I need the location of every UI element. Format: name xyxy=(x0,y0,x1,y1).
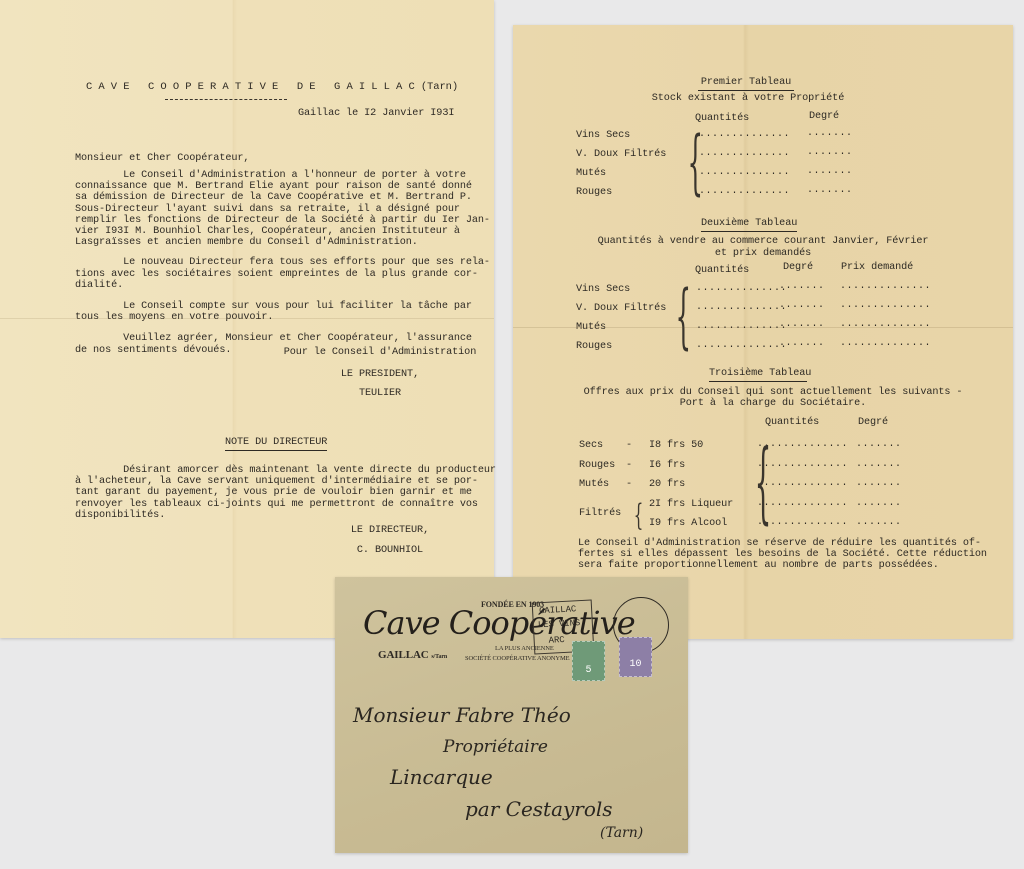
letter-paragraph-line: dialité. xyxy=(75,280,123,292)
table2-subtitle-2: et prix demandés xyxy=(583,248,943,260)
table1-brace: { xyxy=(687,124,703,200)
table1-quantity-blank: .............. xyxy=(699,186,790,197)
table1-quantity-blank: .............. xyxy=(699,167,790,178)
address-title: Propriétaire xyxy=(443,737,548,757)
table2-price-blank: .............. xyxy=(840,338,931,349)
envelope-town: GAILLAC s/Tarn xyxy=(378,649,447,663)
filtres-brace: { xyxy=(634,500,644,532)
table2-quantity-blank: .............. xyxy=(696,302,787,313)
address-via: par Cestayrols xyxy=(465,797,613,821)
director-name: C. BOUNHIOL xyxy=(320,545,460,557)
letter-paragraph-line: de nos sentiments dévoués. xyxy=(75,345,231,357)
table1-degree-blank: ....... xyxy=(807,185,853,196)
stamp-5-centimes: 5 xyxy=(572,641,605,681)
table3-degree-blank: ....... xyxy=(856,517,902,528)
footer-line: sera faite proportionnellement au nombre… xyxy=(578,560,939,572)
table1-col-degre: Degré xyxy=(809,111,839,123)
table3-dash: - xyxy=(626,479,632,491)
table3-row-price: 2I frs Liqueur xyxy=(649,499,733,511)
signoff-council: Pour le Conseil d'Administration xyxy=(275,347,485,359)
table3-row-label: Secs xyxy=(579,440,603,452)
form-page: Premier Tableau Stock existant à votre P… xyxy=(513,25,1013,639)
letter-paragraph-line: Lasgraïsses et ancien membre du Conseil … xyxy=(75,237,418,249)
table3-col-degre: Degré xyxy=(858,417,888,429)
table3-degree-blank: ....... xyxy=(856,439,902,450)
table3-row-label: Rouges xyxy=(579,460,615,472)
table3-dash: - xyxy=(626,460,632,472)
stamp-10-centimes: 10 xyxy=(619,637,652,677)
table3-degree-blank: ....... xyxy=(856,478,902,489)
table3-row-price: I6 frs xyxy=(649,460,685,472)
table1-degree-blank: ....... xyxy=(807,147,853,158)
table2-degree-blank: ....... xyxy=(779,338,825,349)
letter-paragraph-line: tions avec les sociétaires soient emprei… xyxy=(75,269,478,281)
table2-brace: { xyxy=(675,278,691,354)
address-locality: Lincarque xyxy=(390,765,493,789)
salutation: Monsieur et Cher Coopérateur, xyxy=(75,153,249,165)
table3-col-quantites: Quantités xyxy=(765,417,819,429)
table2-price-blank: .............. xyxy=(840,300,931,311)
table1-row-label: Vins Secs xyxy=(576,130,630,142)
table2-price-blank: .............. xyxy=(840,281,931,292)
table3-row-label: Filtrés xyxy=(579,508,621,520)
director-title: LE DIRECTEUR, xyxy=(320,525,460,537)
table3-row-price: I8 frs 50 xyxy=(649,440,703,452)
table1-quantity-blank: .............. xyxy=(699,129,790,140)
table2-quantity-blank: .............. xyxy=(696,340,787,351)
table3-dash: - xyxy=(626,440,632,452)
table2-quantity-blank: .............. xyxy=(696,321,787,332)
table3-degree-blank: ....... xyxy=(856,498,902,509)
table2-row-label: Vins Secs xyxy=(576,284,630,296)
address-recipient: Monsieur Fabre Théo xyxy=(353,703,571,727)
table2-row-label: Rouges xyxy=(576,341,612,353)
table2-col-degre: Degré xyxy=(783,262,813,274)
signoff-name: TEULIER xyxy=(275,388,485,400)
letter-paragraph-line: tous les moyens en votre pouvoir. xyxy=(75,312,273,324)
table3-degree-blank: ....... xyxy=(856,459,902,470)
note-line: disponibilités. xyxy=(75,510,165,522)
table1-row-label: Rouges xyxy=(576,187,612,199)
envelope-brand: Cave Coopérative xyxy=(363,603,635,643)
table1-col-quantites: Quantités xyxy=(695,113,749,125)
envelope: FONDÉE EN 1903 Cave Coopérative GAILLAC … xyxy=(335,577,688,853)
table3-row-price: I9 frs Alcool xyxy=(649,518,727,530)
table1-title: Premier Tableau xyxy=(698,77,794,91)
signoff-title: LE PRESIDENT, xyxy=(275,369,485,381)
table2-degree-blank: ....... xyxy=(779,281,825,292)
table3-row-label: Mutés xyxy=(579,479,609,491)
table1-degree-blank: ....... xyxy=(807,166,853,177)
table2-col-prix: Prix demandé xyxy=(841,262,913,274)
table3-title: Troisième Tableau xyxy=(709,368,807,382)
letter-date: Gaillac le I2 Janvier I93I xyxy=(298,108,454,120)
table2-subtitle-1: Quantités à vendre au commerce courant J… xyxy=(583,236,943,248)
table3-row-price: 20 frs xyxy=(649,479,685,491)
table1-quantity-blank: .............. xyxy=(699,148,790,159)
table1-row-label: V. Doux Filtrés xyxy=(576,149,666,161)
table3-subtitle-2: Port à la charge du Sociétaire. xyxy=(573,398,973,410)
heading-underline xyxy=(165,99,287,100)
table1-subtitle: Stock existant à votre Propriété xyxy=(613,93,883,105)
table2-price-blank: .............. xyxy=(840,319,931,330)
table1-degree-blank: ....... xyxy=(807,128,853,139)
letter-heading: C A V E C O O P E R A T I V E D E G A I … xyxy=(86,81,458,93)
table2-quantity-blank: .............. xyxy=(696,283,787,294)
letter-page: C A V E C O O P E R A T I V E D E G A I … xyxy=(0,0,494,638)
table1-row-label: Mutés xyxy=(576,168,606,180)
envelope-tagline-2: SOCIÉTÉ COOPÉRATIVE ANONYME xyxy=(465,653,570,665)
table2-degree-blank: ....... xyxy=(779,300,825,311)
note-title: NOTE DU DIRECTEUR xyxy=(225,437,327,451)
address-department: (Tarn) xyxy=(600,825,643,841)
table2-col-quantites: Quantités xyxy=(695,265,749,277)
table2-degree-blank: ....... xyxy=(779,319,825,330)
table3-brace: { xyxy=(755,434,772,530)
table2-title: Deuxième Tableau xyxy=(701,218,797,232)
table2-row-label: V. Doux Filtrés xyxy=(576,303,666,315)
table2-row-label: Mutés xyxy=(576,322,606,334)
